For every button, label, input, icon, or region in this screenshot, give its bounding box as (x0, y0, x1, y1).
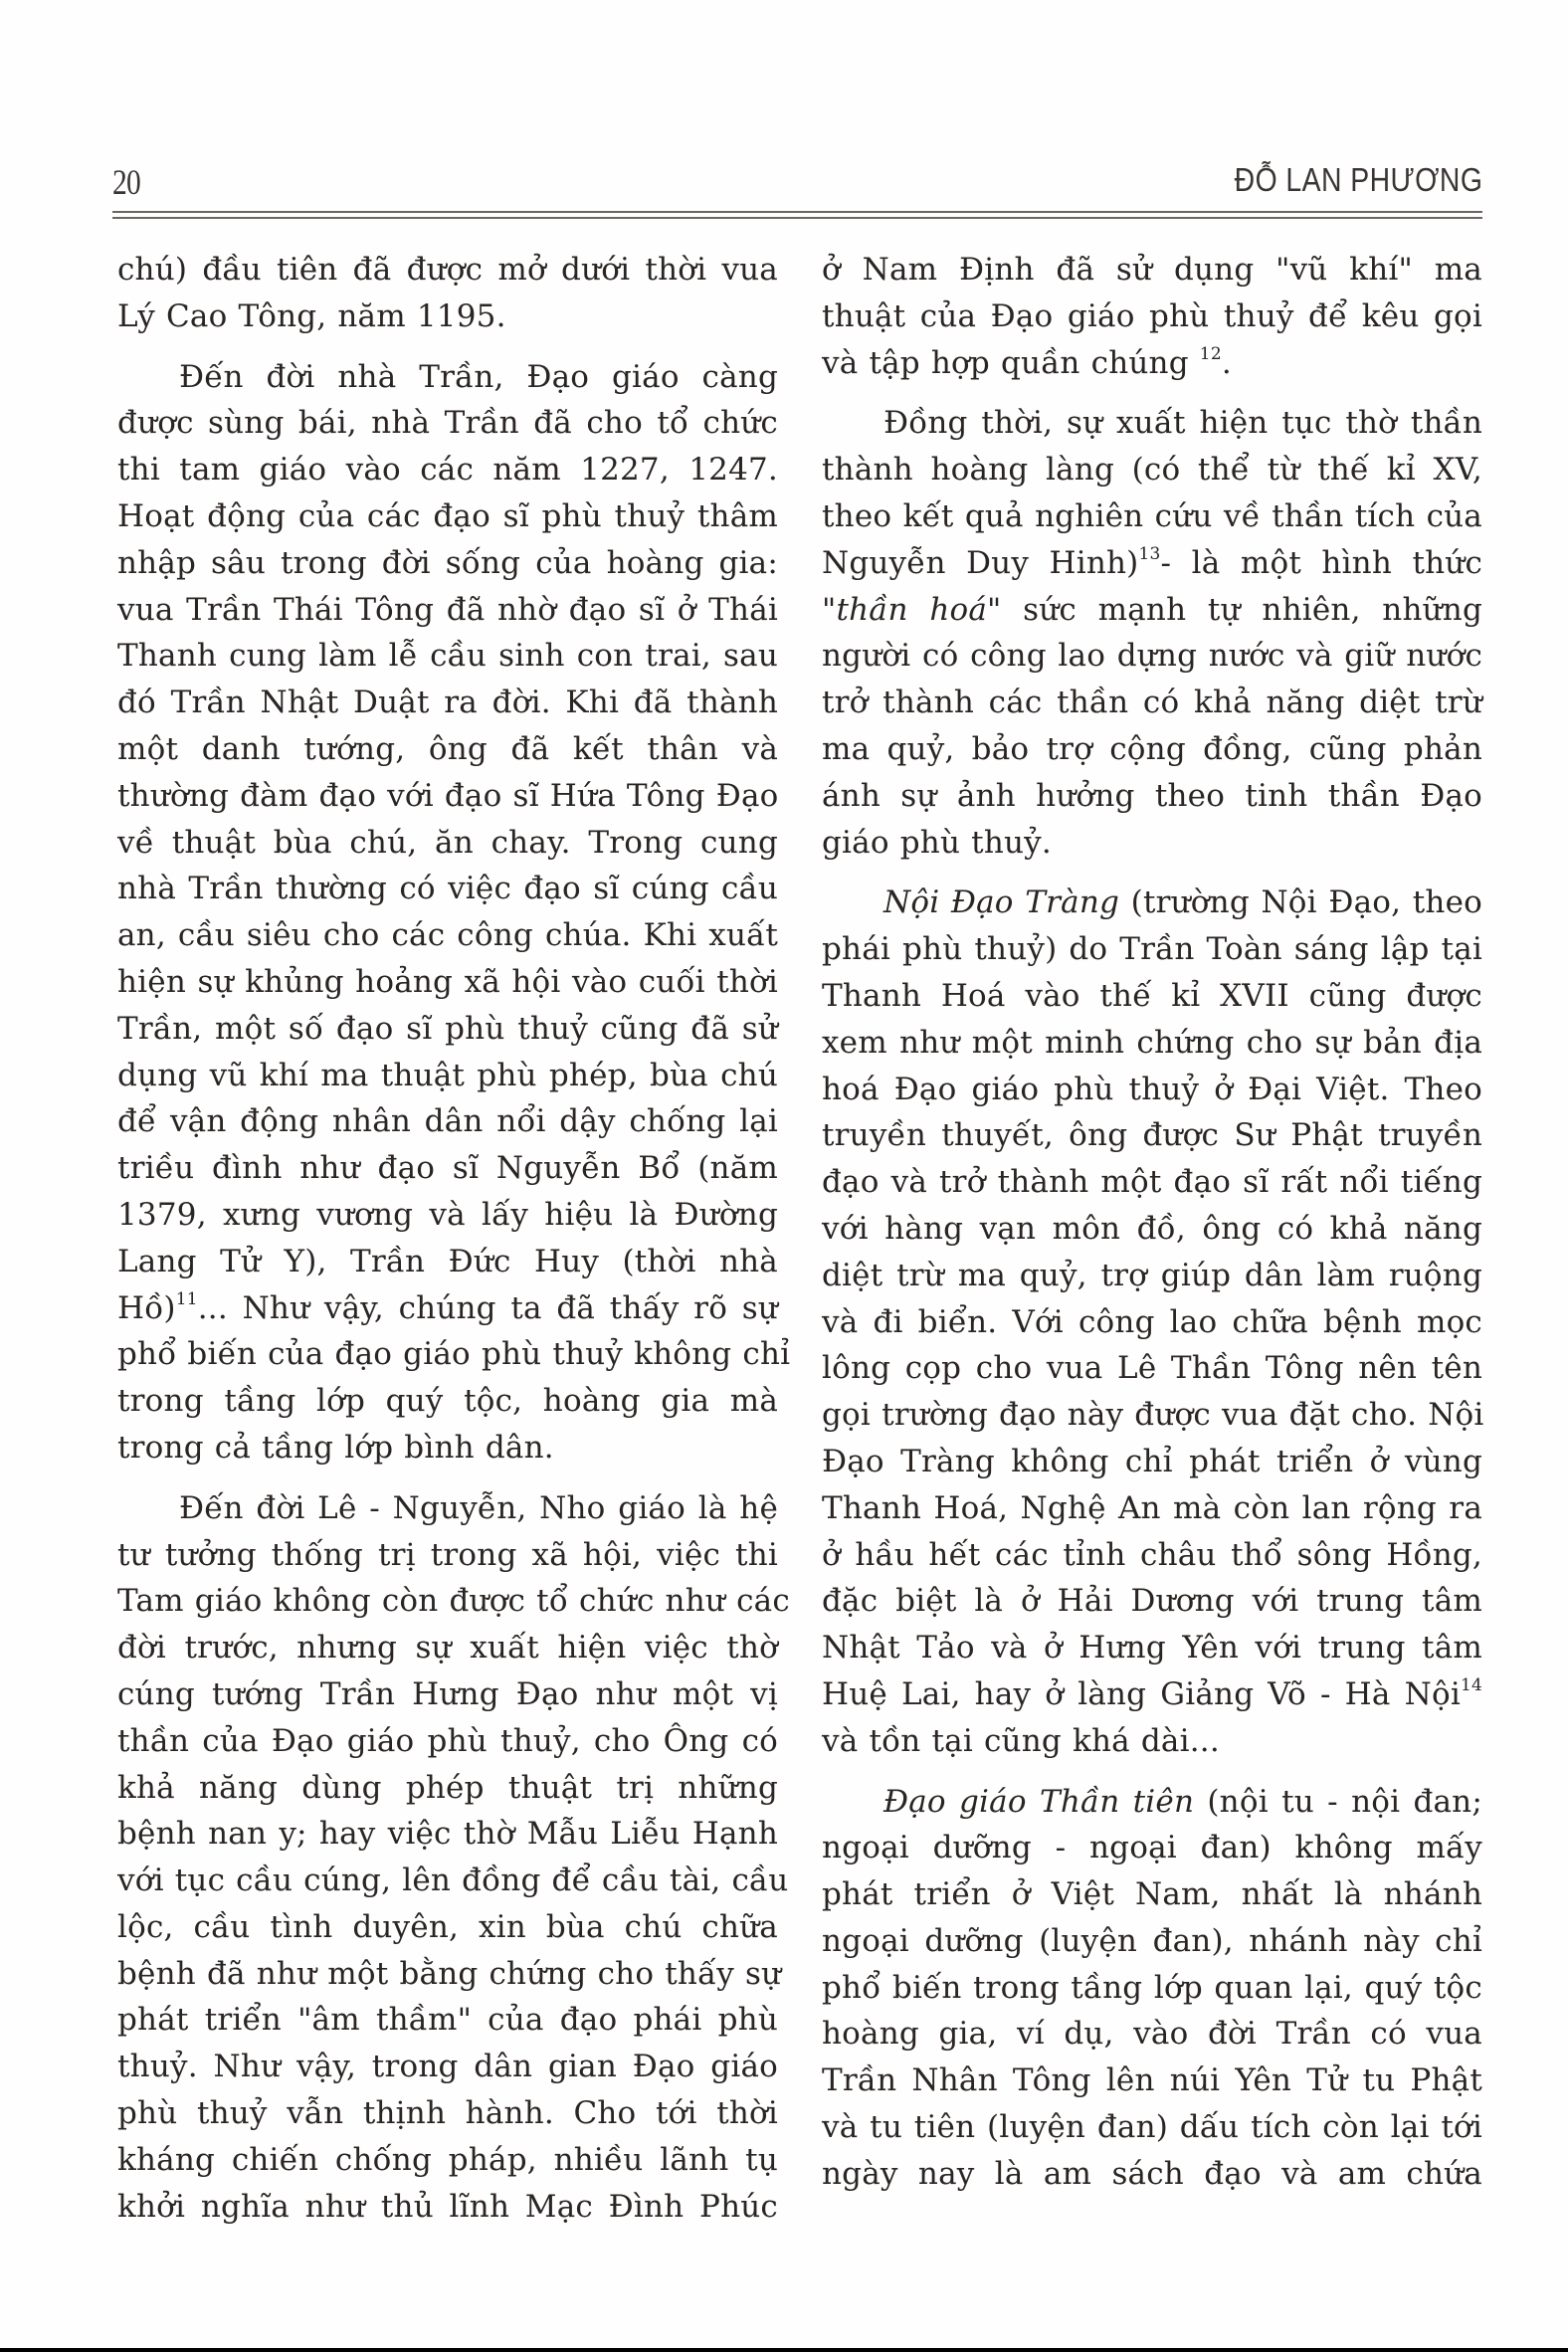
text-line: đời trước, nhưng sự xuất hiện việc thờ (117, 1625, 778, 1671)
text-line: Lang Tử Y), Trần Đức Huy (thời nhà (117, 1239, 778, 1285)
scan-bottom-edge (0, 2348, 1568, 2352)
text-line: về thuật bùa chú, ăn chay. Trong cung (117, 820, 778, 867)
footnote-ref[interactable]: 11 (176, 1289, 198, 1309)
text-line: ngoại dưỡng (luyện đan), nhánh này chỉ (822, 1918, 1482, 1965)
text-line: phổ biến trong tầng lớp quan lại, quý tộ… (822, 1965, 1482, 2012)
footnote-ref[interactable]: 14 (1461, 1675, 1482, 1695)
book-page: 20 ĐỖ LAN PHƯƠNG chú) đầu tiên đã được m… (0, 0, 1568, 2352)
text-line: một danh tướng, ông đã kết thân và (117, 726, 778, 773)
text-run: Nguyễn Duy Hinh) (822, 545, 1138, 581)
text-line: ánh sự ảnh hưởng theo tinh thần Đạo (822, 773, 1482, 820)
text-run: Hồ) (117, 1290, 176, 1326)
italic-term: Nội Đạo Tràng (883, 884, 1119, 920)
text-line: trong tầng lớp quý tộc, hoàng gia mà (117, 1378, 778, 1425)
paragraph: Đạo giáo Thần tiên (nội tu - nội đan; ng… (822, 1779, 1482, 2198)
text-line: Nguyễn Duy Hinh)13- là một hình thức (822, 540, 1482, 587)
text-line: và tu tiên (luyện đan) dấu tích còn lại … (822, 2104, 1482, 2151)
text-line: Tam giáo không còn được tổ chức như các (117, 1578, 778, 1625)
text-run: (trường Nội Đạo, theo (1119, 884, 1482, 920)
text-line: ngày nay là am sách đạo và am chứa (822, 2151, 1482, 2198)
text-line: đạo và trở thành một đạo sĩ rất nổi tiến… (822, 1159, 1482, 1206)
text-line: để vận động nhân dân nổi dậy chống lại (117, 1098, 778, 1145)
text-line: diệt trừ ma quỷ, trợ giúp dân làm ruộng (822, 1253, 1482, 1299)
text-line: ma quỷ, bảo trợ cộng đồng, cũng phản (822, 726, 1482, 773)
text-line: bệnh nan y; hay việc thờ Mẫu Liễu Hạnh (117, 1811, 778, 1858)
paragraph: ở Nam Định đã sử dụng "vũ khí" ma thuật … (822, 247, 1482, 386)
text-line: phái phù thuỷ) do Trần Toàn sáng lập tại (822, 926, 1482, 973)
text-line: tư tưởng thống trị trong xã hội, việc th… (117, 1532, 778, 1579)
text-line: hoàng gia, ví dụ, vào đời Trần có vua (822, 2011, 1482, 2058)
text-run: " sức mạnh tự nhiên, những (987, 592, 1482, 628)
text-run: ... Như vậy, chúng ta đã thấy rõ sự (198, 1290, 778, 1326)
paragraph: Đến đời Lê - Nguyễn, Nho giáo là hệ tư t… (117, 1485, 778, 2231)
text-line: Đến đời Lê - Nguyễn, Nho giáo là hệ (117, 1485, 778, 1532)
text-line: hoá Đạo giáo phù thuỷ ở Đại Việt. Theo (822, 1067, 1482, 1113)
text-line: ở Nam Định đã sử dụng "vũ khí" ma (822, 247, 1482, 294)
text-line: với hàng vạn môn đồ, ông có khả năng (822, 1206, 1482, 1253)
text-line: và tập hợp quần chúng 12. (822, 340, 1482, 387)
text-line: Đạo Tràng không chỉ phát triển ở vùng (822, 1439, 1482, 1485)
text-line: thần của Đạo giáo phù thuỷ, cho Ông có (117, 1718, 778, 1765)
text-line: Thanh Hoá vào thế kỉ XVII cũng được (822, 973, 1482, 1020)
text-line: trở thành các thần có khả năng diệt trừ (822, 680, 1482, 726)
text-line: 1379, xưng vương và lấy hiệu là Đường (117, 1192, 778, 1239)
text-line: phù thuỷ vẫn thịnh hành. Cho tới thời (117, 2090, 778, 2137)
text-line: truyền thuyết, ông được Sư Phật truyền (822, 1112, 1482, 1159)
text-line: Lý Cao Tông, năm 1195. (117, 294, 778, 340)
text-line: lông cọp cho vua Lê Thần Tông nên tên (822, 1345, 1482, 1392)
text-line: thuật của Đạo giáo phù thuỷ để kêu gọi (822, 294, 1482, 340)
text-line: Thanh cung làm lễ cầu sinh con trai, sau (117, 633, 778, 680)
text-line: bệnh đã như một bằng chứng cho thấy sự (117, 1951, 778, 1998)
page-number: 20 (112, 161, 140, 203)
text-line: Trần, một số đạo sĩ phù thuỷ cũng đã sử (117, 1006, 778, 1053)
text-line: ngoại dưỡng - ngoại đan) không mấy (822, 1825, 1482, 1871)
text-run: (nội tu - nội đan; (1194, 1784, 1482, 1820)
text-line: theo kết quả nghiên cứu về thần tích của (822, 493, 1482, 540)
text-line: được sùng bái, nhà Trần đã cho tổ chức (117, 400, 778, 447)
text-line: và tồn tại cũng khá dài... (822, 1718, 1482, 1765)
text-line: Đạo giáo Thần tiên (nội tu - nội đan; (822, 1779, 1482, 1826)
text-run: và tập hợp quần chúng (822, 345, 1200, 381)
text-line: hiện sự khủng hoảng xã hội vào cuối thời (117, 959, 778, 1006)
text-line: chú) đầu tiên đã được mở dưới thời vua (117, 247, 778, 294)
text-line: Nội Đạo Tràng (trường Nội Đạo, theo (822, 880, 1482, 926)
text-line: Trần Nhân Tông lên núi Yên Tử tu Phật (822, 2058, 1482, 2104)
footnote-ref[interactable]: 13 (1138, 544, 1160, 564)
paragraph: Đến đời nhà Trần, Đạo giáo càng được sùn… (117, 354, 778, 1471)
italic-term: thần hoá (836, 592, 987, 628)
left-column: chú) đầu tiên đã được mở dưới thời vua L… (117, 247, 778, 2244)
header-rule-bottom (112, 217, 1482, 219)
text-line: thi tam giáo vào các năm 1227, 1247. (117, 447, 778, 493)
text-line: phổ biến của đạo giáo phù thuỷ không chỉ (117, 1331, 778, 1378)
right-column: ở Nam Định đã sử dụng "vũ khí" ma thuật … (822, 247, 1482, 2212)
text-line: triều đình như đạo sĩ Nguyễn Bổ (năm (117, 1145, 778, 1192)
text-line: và đi biển. Với công lao chữa bệnh mọc (822, 1299, 1482, 1346)
text-line: thuỷ. Như vậy, trong dân gian Đạo giáo (117, 2044, 778, 2090)
text-line: cúng tướng Trần Hưng Đạo như một vị (117, 1671, 778, 1718)
footnote-ref[interactable]: 12 (1200, 344, 1222, 364)
text-run: - là một hình thức (1161, 545, 1483, 581)
text-line: thường đàm đạo với đạo sĩ Hứa Tông Đạo (117, 773, 778, 820)
text-line: "thần hoá" sức mạnh tự nhiên, những (822, 587, 1482, 634)
text-line: phát triển "âm thầm" của đạo phái phù (117, 1997, 778, 2044)
text-line: thành hoàng làng (có thể từ thế kỉ XV, (822, 447, 1482, 493)
text-line: Nhật Tảo và ở Hưng Yên với trung tâm (822, 1625, 1482, 1671)
text-line: giáo phù thuỷ. (822, 820, 1482, 867)
text-line: kháng chiến chống pháp, nhiều lãnh tụ (117, 2137, 778, 2184)
paragraph: Nội Đạo Tràng (trường Nội Đạo, theo phái… (822, 880, 1482, 1764)
text-line: với tục cầu cúng, lên đồng để cầu tài, c… (117, 1858, 778, 1904)
paragraph: Đồng thời, sự xuất hiện tục thờ thần thà… (822, 400, 1482, 866)
text-run: " (822, 592, 836, 628)
text-line: khả năng dùng phép thuật trị những (117, 1765, 778, 1812)
text-line: nhà Trần thường có việc đạo sĩ cúng cầu (117, 866, 778, 912)
text-line: trong cả tầng lớp bình dân. (117, 1425, 778, 1471)
text-line: lộc, cầu tình duyên, xin bùa chú chữa (117, 1904, 778, 1951)
text-line: ở hầu hết các tỉnh châu thổ sông Hồng, (822, 1532, 1482, 1579)
text-line: an, cầu siêu cho các công chúa. Khi xuất (117, 912, 778, 959)
italic-term: Đạo giáo Thần tiên (883, 1784, 1194, 1820)
text-line: Hồ)11... Như vậy, chúng ta đã thấy rõ sự (117, 1285, 778, 1332)
text-line: đặc biệt là ở Hải Dương với trung tâm (822, 1578, 1482, 1625)
text-line: dụng vũ khí ma thuật phù phép, bùa chú (117, 1053, 778, 1099)
text-line: vua Trần Thái Tông đã nhờ đạo sĩ ở Thái (117, 587, 778, 634)
paragraph: chú) đầu tiên đã được mở dưới thời vua L… (117, 247, 778, 340)
text-line: Huệ Lai, hay ở làng Giảng Võ - Hà Nội14 (822, 1671, 1482, 1718)
header-rule-top (112, 211, 1482, 213)
text-line: Thanh Hoá, Nghệ An mà còn lan rộng ra (822, 1485, 1482, 1532)
text-line: đó Trần Nhật Duật ra đời. Khi đã thành (117, 680, 778, 726)
text-line: Đồng thời, sự xuất hiện tục thờ thần (822, 400, 1482, 447)
author-name: ĐỖ LAN PHƯƠNG (1234, 161, 1482, 199)
text-run: . (1222, 345, 1232, 381)
text-run: Huệ Lai, hay ở làng Giảng Võ - Hà Nội (822, 1676, 1461, 1712)
text-line: người có công lao dựng nước và giữ nước (822, 633, 1482, 680)
text-line: xem như một minh chứng cho sự bản địa (822, 1020, 1482, 1067)
text-line: Đến đời nhà Trần, Đạo giáo càng (117, 354, 778, 401)
text-line: phát triển ở Việt Nam, nhất là nhánh (822, 1871, 1482, 1918)
text-line: khởi nghĩa như thủ lĩnh Mạc Đình Phúc (117, 2184, 778, 2231)
text-line: gọi trường đạo này được vua đặt cho. Nội (822, 1392, 1482, 1439)
text-line: nhập sâu trong đời sống của hoàng gia: (117, 540, 778, 587)
text-line: Hoạt động của các đạo sĩ phù thuỷ thâm (117, 493, 778, 540)
running-head: 20 ĐỖ LAN PHƯƠNG (112, 157, 1482, 207)
